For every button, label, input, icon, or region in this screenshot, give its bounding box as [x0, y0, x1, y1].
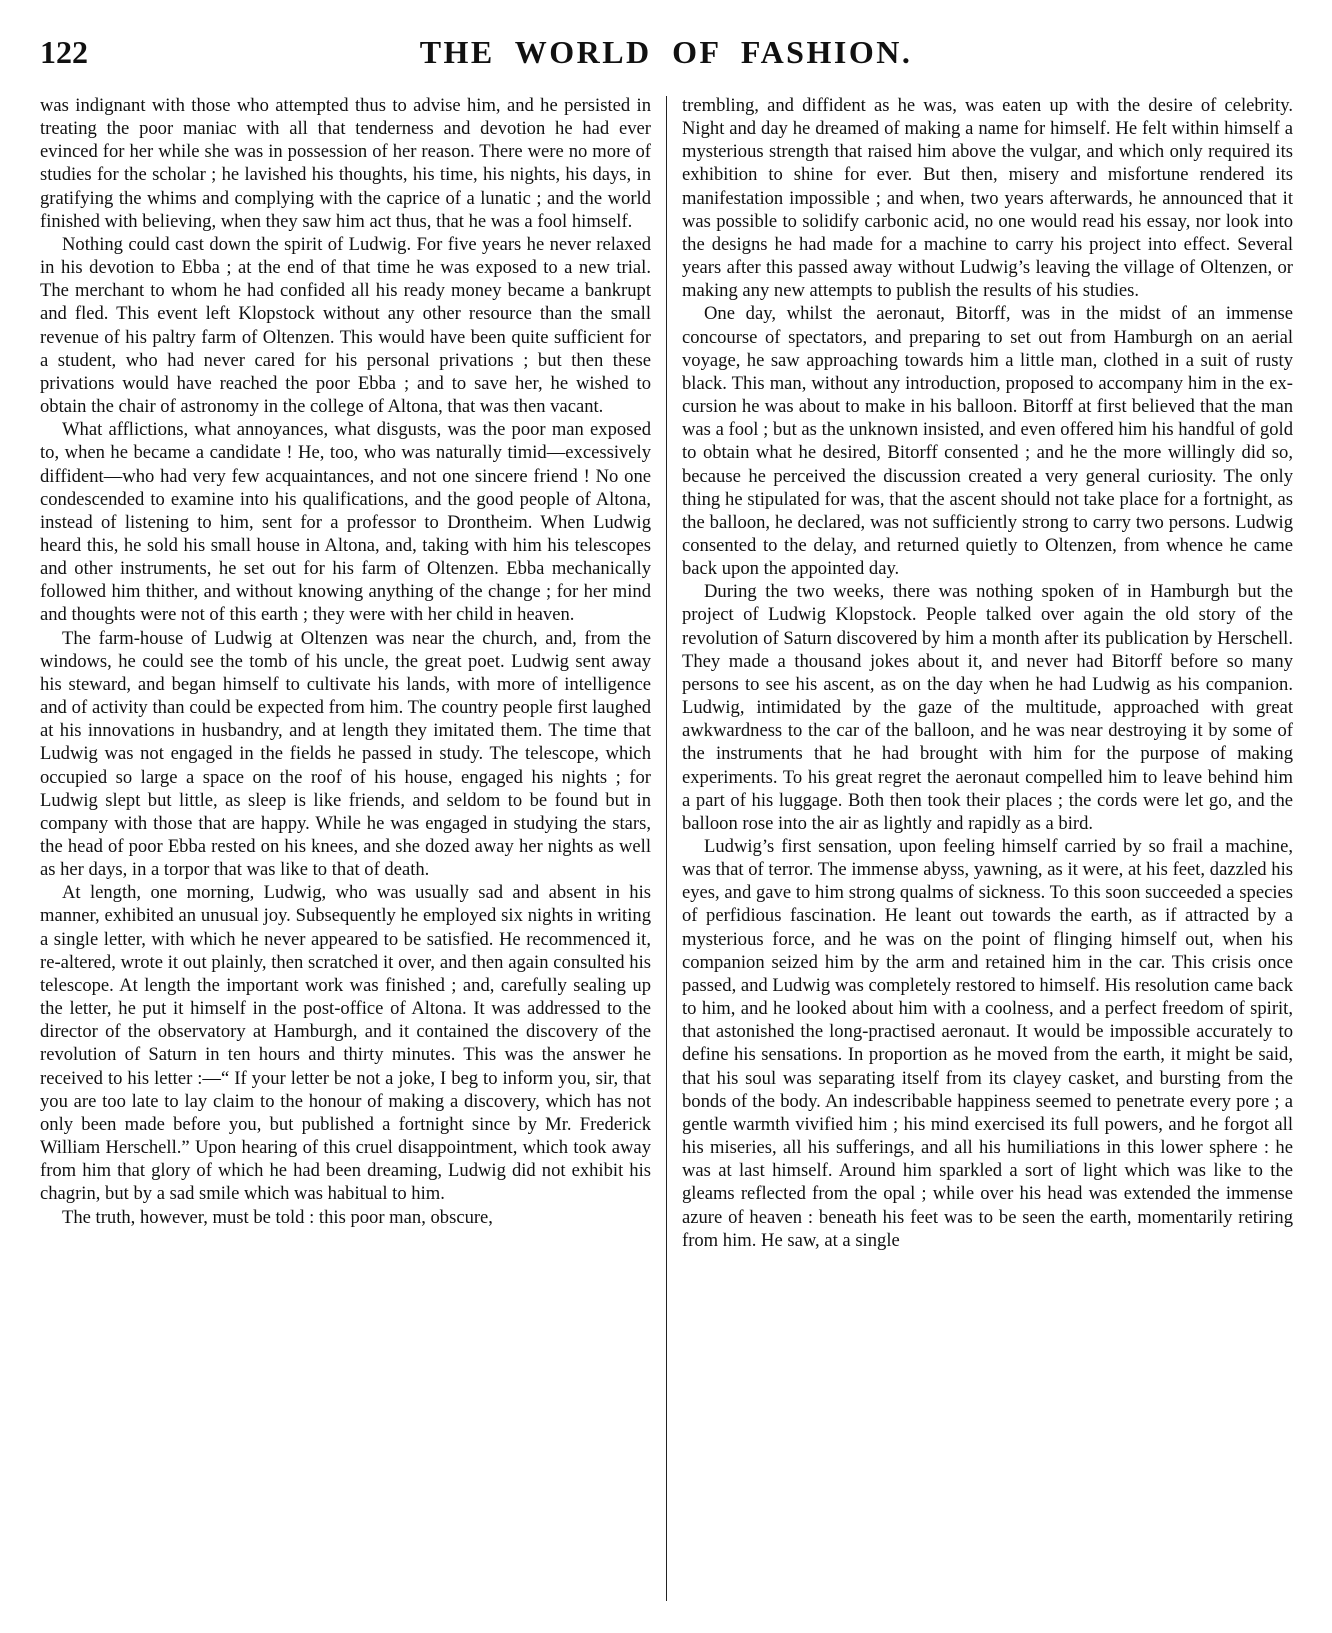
- right-column: trembling, and diffident as he was, was …: [682, 94, 1293, 1252]
- column-divider: [666, 96, 667, 1601]
- paragraph-continuation: was indignant with those who attempted t…: [40, 94, 651, 233]
- paragraph: The truth, however, must be told : this …: [40, 1206, 651, 1229]
- running-title: THE WORLD OF FASHION.: [38, 34, 1294, 71]
- paragraph: What afflictions, what annoyances, what …: [40, 418, 651, 626]
- left-column: was indignant with those who attempted t…: [40, 94, 651, 1229]
- paragraph: One day, whilst the aeronaut, Bitorff, w…: [682, 302, 1293, 580]
- paragraph: At length, one morning, Ludwig, who was …: [40, 881, 651, 1205]
- page-header: 122 THE WORLD OF FASHION.: [38, 30, 1294, 80]
- paragraph: Ludwig’s first sensation, upon feeling h…: [682, 835, 1293, 1252]
- paragraph: During the two weeks, there was nothing …: [682, 580, 1293, 835]
- paragraph: The farm-house of Ludwig at Oltenzen was…: [40, 627, 651, 882]
- paragraph: Nothing could cast down the spirit of Lu…: [40, 233, 651, 418]
- paragraph-continuation: trembling, and diffident as he was, was …: [682, 94, 1293, 302]
